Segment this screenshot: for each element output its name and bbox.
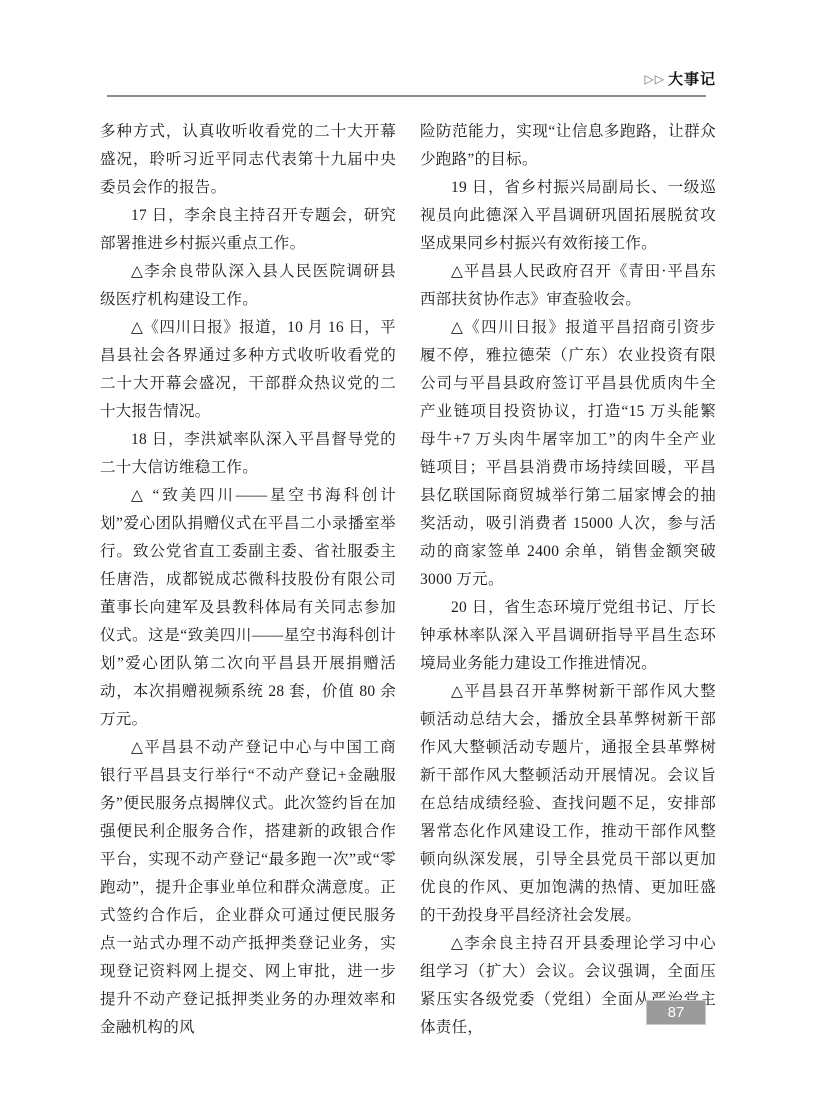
triangle-marker-icon: ▷▷ <box>645 69 665 89</box>
paragraph: 险防范能力，实现“让信息多跑路，让群众少跑路”的目标。 <box>420 118 716 174</box>
page-number-badge: 87 <box>646 1000 706 1025</box>
left-column: 多种方式，认真收听收看党的二十大开幕盛况，聆听习近平同志代表第十九届中央委员会作… <box>100 118 396 1042</box>
paragraph: 17 日，李余良主持召开专题会，研究部署推进乡村振兴重点工作。 <box>100 202 396 258</box>
page-header-title: 大事记 <box>668 70 716 90</box>
paragraph: △平昌县召开革弊树新干部作风大整顿活动总结大会，播放全县革弊树新干部作风大整顿活… <box>420 678 716 930</box>
paragraph: △平昌县人民政府召开《青田·平昌东西部扶贫协作志》审查验收会。 <box>420 258 716 314</box>
paragraph: △ “致美四川——星空书海科创计划”爱心团队捐赠仪式在平昌二小录播室举行。致公党… <box>100 482 396 734</box>
header-rule <box>107 95 706 97</box>
paragraph: 18 日，李洪斌率队深入平昌督导党的二十大信访维稳工作。 <box>100 426 396 482</box>
paragraph: 多种方式，认真收听收看党的二十大开幕盛况，聆听习近平同志代表第十九届中央委员会作… <box>100 118 396 202</box>
article-body: 多种方式，认真收听收看党的二十大开幕盛况，聆听习近平同志代表第十九届中央委员会作… <box>100 118 716 1042</box>
document-page: ▷▷ 大事记 多种方式，认真收听收看党的二十大开幕盛况，聆听习近平同志代表第十九… <box>0 0 816 1100</box>
page-header: ▷▷ 大事记 <box>645 70 716 90</box>
paragraph: △李余良主持召开县委理论学习中心组学习（扩大）会议。会议强调，全面压紧压实各级党… <box>420 930 716 1042</box>
paragraph: 20 日，省生态环境厅党组书记、厅长钟承林率队深入平昌调研指导平昌生态环境局业务… <box>420 594 716 678</box>
paragraph: △《四川日报》报道平昌招商引资步履不停，雅拉德荣（广东）农业投资有限公司与平昌县… <box>420 314 716 594</box>
paragraph: △《四川日报》报道，10 月 16 日，平昌县社会各界通过多种方式收听收看党的二… <box>100 314 396 426</box>
paragraph: △李余良带队深入县人民医院调研县级医疗机构建设工作。 <box>100 258 396 314</box>
paragraph: 19 日，省乡村振兴局副局长、一级巡视员向此德深入平昌调研巩固拓展脱贫攻坚成果同… <box>420 174 716 258</box>
paragraph: △平昌县不动产登记中心与中国工商银行平昌县支行举行“不动产登记+金融服务”便民服… <box>100 734 396 1042</box>
right-column: 险防范能力，实现“让信息多跑路，让群众少跑路”的目标。19 日，省乡村振兴局副局… <box>420 118 716 1042</box>
